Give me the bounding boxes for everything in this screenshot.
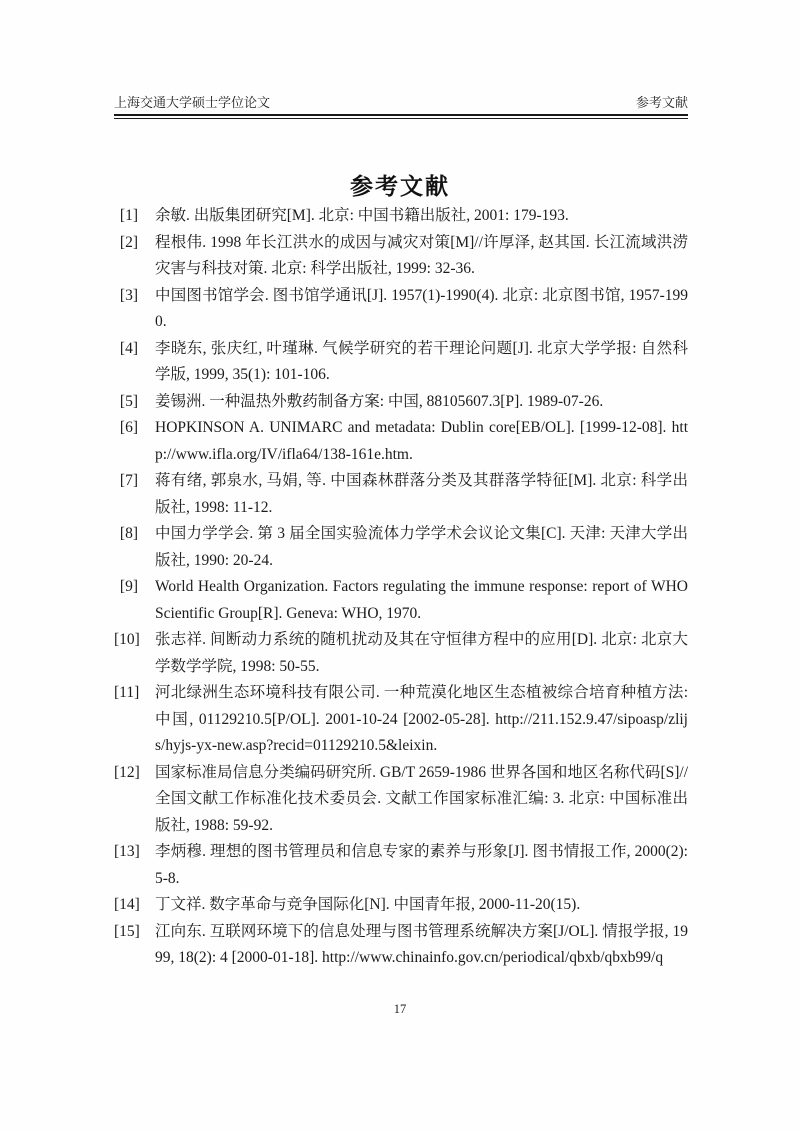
reference-label: [10] xyxy=(114,627,138,654)
reference-text: 李炳穆. 理想的图书管理员和信息专家的素养与形象[J]. 图书情报工作, 200… xyxy=(155,839,688,892)
page-title: 参考文献 xyxy=(0,168,800,201)
reference-item: [8] 中国力学学会. 第 3 届全国实验流体力学学术会议论文集[C]. 天津:… xyxy=(114,521,688,574)
reference-item: [3] 中国图书馆学会. 图书馆学通讯[J]. 1957(1)-1990(4).… xyxy=(114,283,688,336)
reference-item: [10] 张志祥. 间断动力系统的随机扰动及其在守恒律方程中的应用[D]. 北京… xyxy=(114,627,688,680)
page-number: 17 xyxy=(0,1002,800,1017)
running-header: 上海交通大学硕士学位论文 参考文献 xyxy=(114,95,688,111)
reference-item: [14] 丁文祥. 数字革命与竞争国际化[N]. 中国青年报, 2000-11-… xyxy=(114,892,688,919)
reference-label: [5] xyxy=(114,389,138,416)
reference-label: [13] xyxy=(114,839,138,866)
reference-item: [4] 李晓东, 张庆红, 叶瑾琳. 气候学研究的若干理论问题[J]. 北京大学… xyxy=(114,336,688,389)
reference-text: 程根伟. 1998 年长江洪水的成因与减灾对策[M]//许厚泽, 赵其国. 长江… xyxy=(155,230,688,283)
reference-text: 李晓东, 张庆红, 叶瑾琳. 气候学研究的若干理论问题[J]. 北京大学学报: … xyxy=(155,336,688,389)
reference-item: [6] HOPKINSON A. UNIMARC and metadata: D… xyxy=(114,415,688,468)
reference-label: [14] xyxy=(114,892,138,919)
reference-text: 国家标准局信息分类编码研究所. GB/T 2659-1986 世界各国和地区名称… xyxy=(155,760,688,840)
thesis-page: 上海交通大学硕士学位论文 参考文献 参考文献 [1] 余敏. 出版集团研究[M]… xyxy=(0,0,800,1131)
reference-text: 张志祥. 间断动力系统的随机扰动及其在守恒律方程中的应用[D]. 北京: 北京大… xyxy=(155,627,688,680)
reference-label: [2] xyxy=(114,230,138,257)
running-header-left: 上海交通大学硕士学位论文 xyxy=(114,95,270,111)
reference-item: [2] 程根伟. 1998 年长江洪水的成因与减灾对策[M]//许厚泽, 赵其国… xyxy=(114,230,688,283)
running-header-right: 参考文献 xyxy=(636,95,688,111)
reference-text: 丁文祥. 数字革命与竞争国际化[N]. 中国青年报, 2000-11-20(15… xyxy=(155,892,688,919)
reference-label: [12] xyxy=(114,760,138,787)
reference-label: [4] xyxy=(114,336,138,363)
reference-text: 江向东. 互联网环境下的信息处理与图书管理系统解决方案[J/OL]. 情报学报,… xyxy=(155,919,688,972)
reference-item: [15] 江向东. 互联网环境下的信息处理与图书管理系统解决方案[J/OL]. … xyxy=(114,919,688,972)
reference-item: [9] World Health Organization. Factors r… xyxy=(114,574,688,627)
reference-text: 中国力学学会. 第 3 届全国实验流体力学学术会议论文集[C]. 天津: 天津大… xyxy=(155,521,688,574)
reference-text: HOPKINSON A. UNIMARC and metadata: Dubli… xyxy=(155,415,688,468)
reference-item: [5] 姜锡洲. 一种温热外敷药制备方案: 中国, 88105607.3[P].… xyxy=(114,389,688,416)
reference-list: [1] 余敏. 出版集团研究[M]. 北京: 中国书籍出版社, 2001: 17… xyxy=(114,203,688,972)
reference-label: [7] xyxy=(114,468,138,495)
reference-text: 蒋有绪, 郭泉水, 马娟, 等. 中国森林群落分类及其群落学特征[M]. 北京:… xyxy=(155,468,688,521)
reference-text: World Health Organization. Factors regul… xyxy=(155,574,688,627)
reference-label: [15] xyxy=(114,919,138,946)
reference-label: [8] xyxy=(114,521,138,548)
reference-item: [7] 蒋有绪, 郭泉水, 马娟, 等. 中国森林群落分类及其群落学特征[M].… xyxy=(114,468,688,521)
reference-item: [13] 李炳穆. 理想的图书管理员和信息专家的素养与形象[J]. 图书情报工作… xyxy=(114,839,688,892)
reference-label: [6] xyxy=(114,415,138,442)
header-double-rule xyxy=(114,114,688,119)
reference-label: [1] xyxy=(114,203,138,230)
reference-item: [12] 国家标准局信息分类编码研究所. GB/T 2659-1986 世界各国… xyxy=(114,760,688,840)
reference-text: 河北绿洲生态环境科技有限公司. 一种荒漠化地区生态植被综合培育种植方法: 中国,… xyxy=(155,680,688,760)
reference-item: [11] 河北绿洲生态环境科技有限公司. 一种荒漠化地区生态植被综合培育种植方法… xyxy=(114,680,688,760)
reference-text: 中国图书馆学会. 图书馆学通讯[J]. 1957(1)-1990(4). 北京:… xyxy=(155,283,688,336)
reference-text: 姜锡洲. 一种温热外敷药制备方案: 中国, 88105607.3[P]. 198… xyxy=(155,389,688,416)
reference-label: [3] xyxy=(114,283,138,310)
reference-text: 余敏. 出版集团研究[M]. 北京: 中国书籍出版社, 2001: 179-19… xyxy=(155,203,688,230)
reference-label: [9] xyxy=(114,574,138,601)
reference-label: [11] xyxy=(114,680,138,707)
reference-item: [1] 余敏. 出版集团研究[M]. 北京: 中国书籍出版社, 2001: 17… xyxy=(114,203,688,230)
